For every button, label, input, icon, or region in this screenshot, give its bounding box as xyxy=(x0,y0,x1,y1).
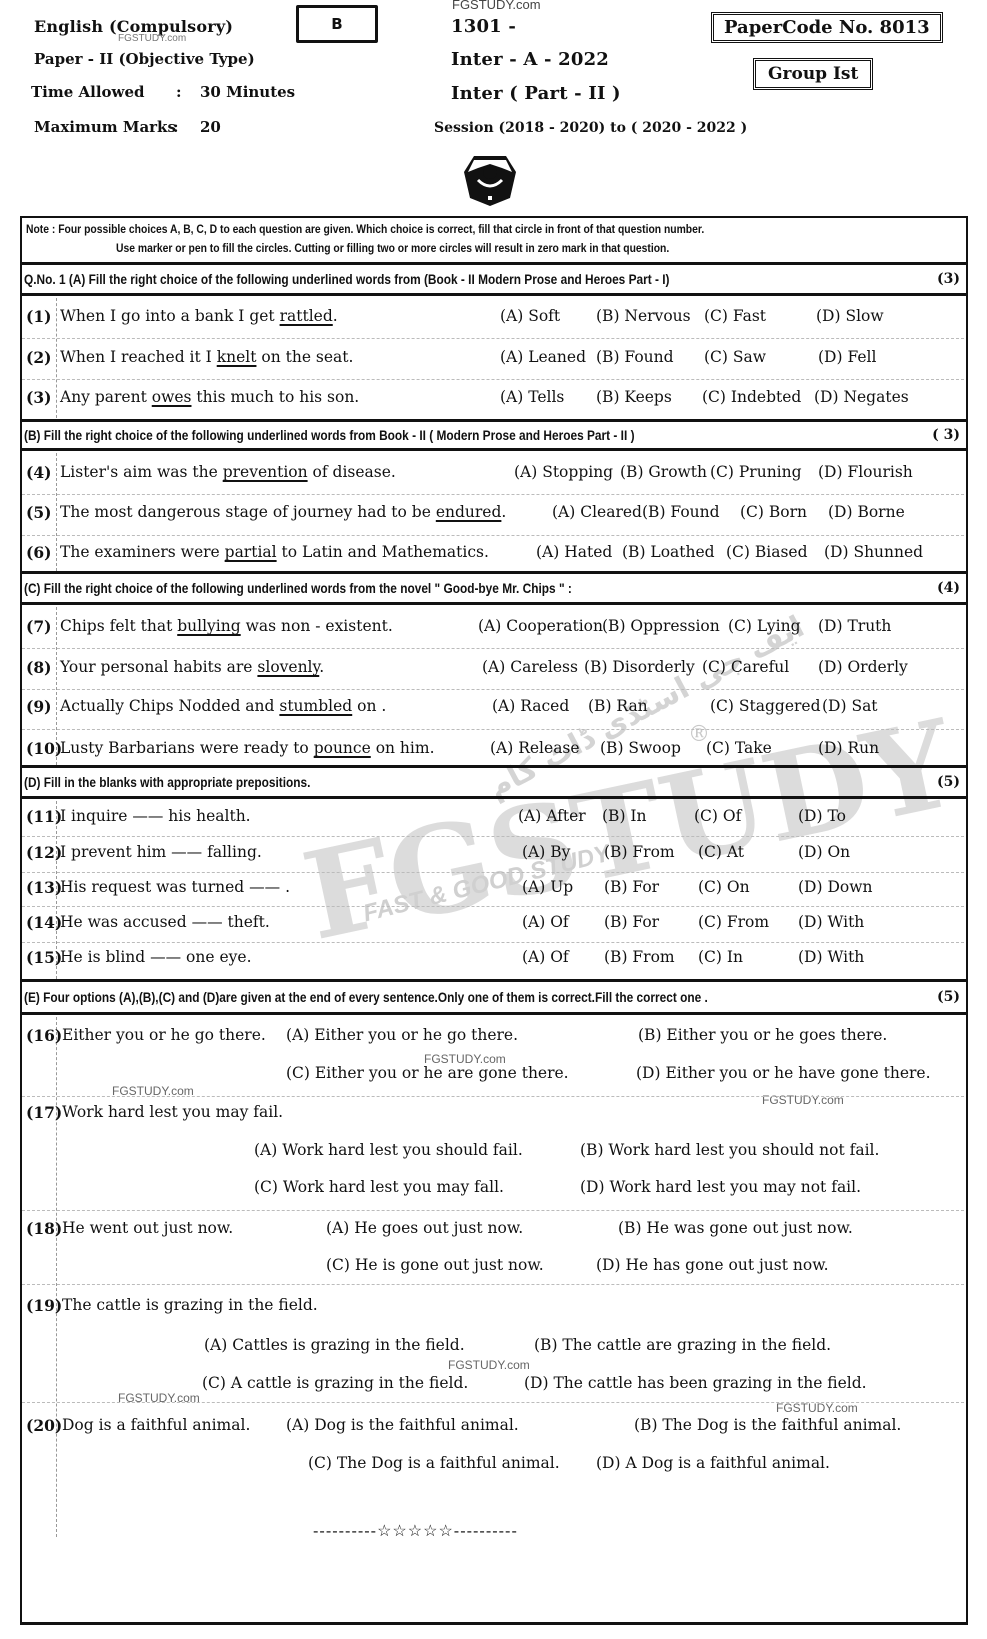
option-b[interactable]: (B) Growth xyxy=(620,463,707,481)
paper-variant: B xyxy=(331,15,342,33)
option-c[interactable]: (C) Either you or he are gone there. xyxy=(286,1064,569,1082)
row-divider xyxy=(22,494,964,495)
option-b[interactable]: (B) From xyxy=(604,843,675,861)
option-c[interactable]: (C) Saw xyxy=(704,348,766,366)
group-label: Group Ist xyxy=(768,64,858,84)
max-marks-label: Maximum Marks xyxy=(34,118,176,136)
question-number: (15) xyxy=(26,948,62,967)
option-c[interactable]: (C) Of xyxy=(694,807,741,825)
question-text: The most dangerous stage of journey had … xyxy=(60,503,506,521)
row-divider xyxy=(22,942,964,943)
option-a[interactable]: (A) Leaned xyxy=(500,348,586,366)
site-watermark: FGSTUDY.com xyxy=(424,1052,506,1066)
option-a[interactable]: (A) Work hard lest you should fail. xyxy=(254,1141,523,1159)
row-divider xyxy=(22,379,964,380)
option-c[interactable]: (C) The Dog is a faithful animal. xyxy=(308,1454,560,1472)
option-c[interactable]: (C) A cattle is grazing in the field. xyxy=(202,1374,468,1392)
option-a[interactable]: (A) Careless xyxy=(482,658,578,676)
option-b[interactable]: (B) Disorderly xyxy=(584,658,695,676)
option-a[interactable]: (A) He goes out just now. xyxy=(326,1219,523,1237)
number-column-divider xyxy=(56,453,57,571)
question-text: He went out just now. xyxy=(62,1219,233,1237)
section-b-header: (B) Fill the right choice of the followi… xyxy=(20,419,966,451)
question-number: (14) xyxy=(26,913,62,932)
option-a[interactable]: (A) Hated xyxy=(536,543,612,561)
option-d[interactable]: (D) Truth xyxy=(818,617,891,635)
option-a[interactable]: (A) Dog is the faithful animal. xyxy=(286,1416,519,1434)
option-b[interactable]: (B) Keeps xyxy=(596,388,672,406)
paper-code: PaperCode No. 8013 xyxy=(724,17,930,38)
question-number: (19) xyxy=(26,1296,62,1315)
underlined-word: partial xyxy=(225,543,277,561)
question-row: (18) He went out just now. (A) He goes o… xyxy=(22,1219,964,1289)
question-number: (20) xyxy=(26,1416,62,1435)
question-text: His request was turned —— . xyxy=(60,878,290,896)
row-divider xyxy=(22,729,964,730)
option-d[interactable]: (D) Flourish xyxy=(818,463,913,481)
option-c[interactable]: (C) Born xyxy=(740,503,807,521)
question-text: When I go into a bank I get rattled. xyxy=(60,307,338,325)
question-number: (7) xyxy=(26,617,51,636)
time-allowed-label: Time Allowed xyxy=(31,83,144,101)
option-c[interactable]: (C) He is gone out just now. xyxy=(326,1256,544,1274)
row-divider xyxy=(22,689,964,690)
row-divider xyxy=(22,906,964,907)
option-c[interactable]: (C) In xyxy=(698,948,743,966)
option-d[interactable]: (D) With xyxy=(798,913,864,931)
option-c[interactable]: (C) Careful xyxy=(702,658,789,676)
question-number: (8) xyxy=(26,658,51,677)
section-e-header: (E) Four options (A),(B),(C) and (D)are … xyxy=(20,979,966,1015)
underlined-word: prevention xyxy=(223,463,308,481)
site-watermark: FGSTUDY.com xyxy=(448,1358,530,1372)
option-a[interactable]: (A) Of xyxy=(522,948,569,966)
instructions-note: Note : Four possible choices A, B, C, D … xyxy=(20,216,966,262)
section-b-title: (B) Fill the right choice of the followi… xyxy=(24,428,823,443)
time-allowed-value: 30 Minutes xyxy=(200,83,295,101)
underlined-word: owes xyxy=(152,388,192,406)
paper-type: Paper - II (Objective Type) xyxy=(34,50,255,68)
section-c-title: (C) Fill the right choice of the followi… xyxy=(24,581,827,596)
question-number: (5) xyxy=(26,503,51,522)
question-text: Lister's aim was the prevention of disea… xyxy=(60,463,396,481)
question-text: He is blind —— one eye. xyxy=(60,948,252,966)
option-b[interactable]: (B) Found xyxy=(596,348,674,366)
underlined-word: knelt xyxy=(217,348,257,366)
question-text: I inquire —— his health. xyxy=(60,807,251,825)
row-divider xyxy=(22,836,964,837)
question-number: (16) xyxy=(26,1026,62,1045)
underlined-word: bullying xyxy=(177,617,240,635)
note-line-2: Use marker or pen to fill the circles. C… xyxy=(116,243,669,255)
option-a[interactable]: (A) Stopping xyxy=(514,463,613,481)
question-number: (6) xyxy=(26,543,51,562)
option-b[interactable]: (B) Loathed xyxy=(622,543,715,561)
option-d[interactable]: (D) He has gone out just now. xyxy=(596,1256,829,1274)
option-b[interactable]: (B) Nervous xyxy=(596,307,691,325)
number-column-divider xyxy=(56,298,57,418)
question-text: Actually Chips Nodded and stumbled on . xyxy=(60,697,386,715)
section-a-marks: (3) xyxy=(937,271,962,287)
underlined-word: endured xyxy=(436,503,502,521)
option-a[interactable]: (A) Cleared xyxy=(552,503,642,521)
question-number: (4) xyxy=(26,463,51,482)
question-number: (13) xyxy=(26,878,62,897)
option-b[interactable]: (B) Either you or he goes there. xyxy=(638,1026,887,1044)
question-text: Either you or he go there. xyxy=(62,1026,266,1044)
exam-title: Inter - A - 2022 xyxy=(451,49,609,70)
section-d-title: (D) Fill in the blanks with appropriate … xyxy=(24,775,827,790)
question-text: Lusty Barbarians were ready to pounce on… xyxy=(60,739,435,757)
section-c-marks: (4) xyxy=(937,580,962,596)
option-d[interactable]: (D) With xyxy=(798,948,864,966)
option-b[interactable]: (B) The cattle are grazing in the field. xyxy=(534,1336,831,1354)
option-d[interactable]: (D) Either you or he have gone there. xyxy=(636,1064,931,1082)
option-d[interactable]: (D) On xyxy=(798,843,850,861)
option-c[interactable]: (C) Indebted xyxy=(702,388,801,406)
option-d[interactable]: (D) To xyxy=(798,807,846,825)
row-divider xyxy=(22,1096,964,1097)
underlined-word: pounce xyxy=(314,739,371,757)
option-c[interactable]: (C) Pruning xyxy=(710,463,802,481)
option-b[interactable]: (B) For xyxy=(604,878,659,896)
question-text: Chips felt that bullying was non - exist… xyxy=(60,617,393,635)
question-text: I prevent him —— falling. xyxy=(60,843,262,861)
option-d[interactable]: (D) Sat xyxy=(822,697,878,715)
exam-part: Inter ( Part - II ) xyxy=(451,83,621,104)
section-a-header: Q.No. 1 (A) Fill the right choice of the… xyxy=(20,262,966,296)
question-row: (20) Dog is a faithful animal. (A) Dog i… xyxy=(22,1416,964,1486)
question-text: Work hard lest you may fail. xyxy=(62,1103,283,1121)
option-b[interactable]: (B) Oppression xyxy=(602,617,720,635)
underlined-word: rattled xyxy=(280,307,333,325)
question-text: Your personal habits are slovenly. xyxy=(60,658,324,676)
question-number: (17) xyxy=(26,1103,62,1122)
underlined-word: stumbled xyxy=(279,697,352,715)
board-logo-icon xyxy=(462,152,518,212)
question-number: (12) xyxy=(26,843,62,862)
option-a[interactable]: (A) Either you or he go there. xyxy=(286,1026,518,1044)
option-a[interactable]: (A) By xyxy=(522,843,570,861)
group-box: Group Ist xyxy=(753,58,873,90)
row-divider xyxy=(22,1210,964,1211)
exam-code: 1301 - xyxy=(451,16,516,37)
question-text: Dog is a faithful animal. xyxy=(62,1416,250,1434)
option-a[interactable]: (A) Cattles is grazing in the field. xyxy=(204,1336,465,1354)
option-b[interactable]: (B) Swoop xyxy=(600,739,681,757)
max-marks-value: 20 xyxy=(200,118,221,136)
option-d[interactable]: (D) Work hard lest you may not fail. xyxy=(580,1178,861,1196)
section-c-header: (C) Fill the right choice of the followi… xyxy=(20,571,966,605)
option-b[interactable]: (B) He was gone out just now. xyxy=(618,1219,853,1237)
question-text: The cattle is grazing in the field. xyxy=(62,1296,318,1314)
option-a[interactable]: (A) Up xyxy=(522,878,573,896)
question-number: (18) xyxy=(26,1219,62,1238)
question-row: (19) The cattle is grazing in the field.… xyxy=(22,1296,964,1396)
option-c[interactable]: (C) Work hard lest you may fall. xyxy=(254,1178,504,1196)
option-c[interactable]: (C) Biased xyxy=(726,543,808,561)
row-divider xyxy=(22,535,964,536)
question-number: (2) xyxy=(26,348,51,367)
row-divider xyxy=(22,338,964,339)
option-c[interactable]: (C) Staggered xyxy=(710,697,821,715)
option-b[interactable]: (B) In xyxy=(602,807,647,825)
section-a-title: Q.No. 1 (A) Fill the right choice of the… xyxy=(24,272,827,287)
option-b[interactable]: (B) For xyxy=(604,913,659,931)
option-d[interactable]: (D) Shunned xyxy=(824,543,923,561)
option-d[interactable]: (D) Fell xyxy=(818,348,876,366)
option-a[interactable]: (A) Raced xyxy=(492,697,569,715)
paper-code-box: PaperCode No. 8013 xyxy=(711,12,943,43)
section-e-marks: (5) xyxy=(937,989,962,1005)
question-number: (9) xyxy=(26,697,51,716)
row-divider xyxy=(22,1402,964,1403)
option-d[interactable]: (D) Negates xyxy=(814,388,909,406)
site-watermark-subject: FGSTUDY.com xyxy=(118,33,186,44)
section-e-title: (E) Four options (A),(B),(C) and (D)are … xyxy=(24,990,827,1005)
section-b-marks: ( 3) xyxy=(932,427,962,443)
site-watermark-top: FGSTUDY.com xyxy=(452,0,541,12)
question-text: He was accused —— theft. xyxy=(60,913,270,931)
row-divider xyxy=(22,648,964,649)
option-b[interactable]: (B) The Dog is the faithful animal. xyxy=(634,1416,901,1434)
option-c[interactable]: (C) Take xyxy=(706,739,772,757)
option-c[interactable]: (C) Lying xyxy=(728,617,801,635)
option-a[interactable]: (A) Release xyxy=(490,739,580,757)
option-a[interactable]: (A) Cooperation xyxy=(478,617,603,635)
question-text: The examiners were partial to Latin and … xyxy=(60,543,489,561)
section-d-marks: (5) xyxy=(937,774,962,790)
time-allowed-sep: : xyxy=(176,83,182,101)
option-c[interactable]: (C) At xyxy=(698,843,744,861)
option-d[interactable]: (D) Run xyxy=(818,739,879,757)
option-d[interactable]: (D) Slow xyxy=(816,307,884,325)
question-number: (1) xyxy=(26,307,51,326)
question-number: (10) xyxy=(26,739,62,758)
question-text: When I reached it I knelt on the seat. xyxy=(60,348,353,366)
row-divider xyxy=(22,872,964,873)
note-line-1: Note : Four possible choices A, B, C, D … xyxy=(26,224,704,236)
question-row: (17) Work hard lest you may fail. (A) Wo… xyxy=(22,1103,964,1203)
section-d-header: (D) Fill in the blanks with appropriate … xyxy=(20,765,966,799)
paper-variant-box: B xyxy=(296,5,378,43)
end-of-paper-stars-icon: ----------☆☆☆☆☆---------- xyxy=(313,1521,518,1540)
underlined-word: slovenly xyxy=(257,658,319,676)
option-b[interactable]: (B) Ran xyxy=(588,697,648,715)
row-divider xyxy=(22,1284,964,1285)
option-d[interactable]: (D) A Dog is a faithful animal. xyxy=(596,1454,830,1472)
option-a[interactable]: (A) Tells xyxy=(500,388,564,406)
option-a[interactable]: (A) After xyxy=(518,807,586,825)
option-b[interactable]: (B) From xyxy=(604,948,675,966)
option-b[interactable]: (B) Found xyxy=(642,503,720,521)
option-d[interactable]: (D) Down xyxy=(798,878,872,896)
option-c[interactable]: (C) From xyxy=(698,913,769,931)
question-number: (11) xyxy=(26,807,62,826)
option-b[interactable]: (B) Work hard lest you should not fail. xyxy=(580,1141,879,1159)
option-d[interactable]: (D) Orderly xyxy=(818,658,908,676)
option-c[interactable]: (C) Fast xyxy=(704,307,766,325)
question-number: (3) xyxy=(26,388,51,407)
option-a[interactable]: (A) Of xyxy=(522,913,569,931)
site-watermark: FGSTUDY.com xyxy=(776,1401,858,1415)
option-c[interactable]: (C) On xyxy=(698,878,750,896)
option-d[interactable]: (D) The cattle has been grazing in the f… xyxy=(524,1374,867,1392)
option-d[interactable]: (D) Borne xyxy=(828,503,905,521)
option-a[interactable]: (A) Soft xyxy=(500,307,560,325)
exam-session: Session (2018 - 2020) to ( 2020 - 2022 ) xyxy=(434,120,747,136)
max-marks-sep: : xyxy=(173,118,179,136)
question-text: Any parent owes this much to his son. xyxy=(60,388,359,406)
